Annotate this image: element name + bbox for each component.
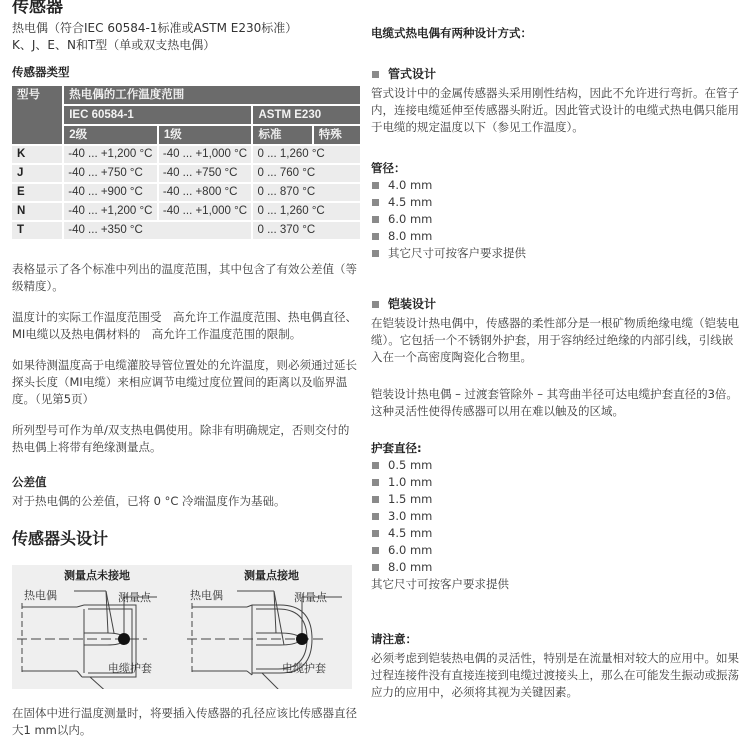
list-item-text: 4.5 mm <box>388 194 432 211</box>
list-item: 6.0 mm <box>371 542 743 559</box>
list-item-text: 3.0 mm <box>388 508 432 525</box>
list-item-text: 8.0 mm <box>388 559 432 576</box>
paragraph-single-dual: 所列型号可作为单/双支热电偶使用。除非有明确规定，否则交付的热电偶上将带有绝缘测… <box>12 422 358 456</box>
list-item-text: 1.0 mm <box>388 474 432 491</box>
bullet-square-icon <box>372 530 379 537</box>
cell-type: N <box>12 203 62 220</box>
header-range: 热电偶的工作温度范围 <box>64 86 360 104</box>
note-text: 必须考虑到铠装热电偶的灵活性，特别是在流量相对较大的应用中。如果过程连接件没有直… <box>371 650 743 701</box>
list-item: 1.5 mm <box>371 491 743 508</box>
list-item-text: 4.0 mm <box>388 177 432 194</box>
cell-class1: -40 ... +750 °C <box>159 165 252 182</box>
table-row: K -40 ... +1,200 °C -40 ... +1,000 °C 0 … <box>12 146 360 163</box>
cell-class2: -40 ... +1,200 °C <box>64 146 157 163</box>
header-special: 特殊 <box>314 126 360 144</box>
list-item: 8.0 mm <box>371 559 743 576</box>
header-iec: IEC 60584-1 <box>64 106 251 124</box>
list-item: 8.0 mm <box>371 228 743 245</box>
sensor-head-design-title: 传感器头设计 <box>12 528 358 550</box>
paragraph-operating-range: 温度计的实际工作温度范围受 高允许工作温度范围、热电偶直径、MI电缆以及热电偶材… <box>12 309 358 343</box>
header-class1: 1级 <box>159 126 252 144</box>
cell-class1: -40 ... +800 °C <box>159 184 252 201</box>
thermocouple-range-table: 型号 热电偶的工作温度范围 IEC 60584-1 ASTM E230 2级 1… <box>10 84 362 241</box>
bullet-square-icon <box>372 496 379 503</box>
sheathed-design-heading: 铠装设计 <box>371 296 743 313</box>
cell-standard: 0 ... 870 °C <box>253 184 360 201</box>
label-thermocouple-left: 热电偶 <box>24 587 57 604</box>
header-class2: 2级 <box>64 126 157 144</box>
tube-design-heading-text: 管式设计 <box>388 66 436 83</box>
tube-design-text: 管式设计中的金属传感器头采用刚性结构，因此不允许进行弯折。在管子内，连接电缆延伸… <box>371 85 743 136</box>
list-item-text: 6.0 mm <box>388 211 432 228</box>
cell-standard: 0 ... 1,260 °C <box>253 146 360 163</box>
table-row: T -40 ... +350 °C 0 ... 370 °C <box>12 222 360 239</box>
sheath-other-sizes: 其它尺寸可按客户要求提供 <box>371 576 743 593</box>
header-standard: 标准 <box>253 126 311 144</box>
cell-class2: -40 ... +750 °C <box>64 165 157 182</box>
list-item: 3.0 mm <box>371 508 743 525</box>
cell-class2: -40 ... +900 °C <box>64 184 157 201</box>
cell-standard: 0 ... 760 °C <box>253 165 360 182</box>
page-title: 传感器 <box>12 0 358 18</box>
list-item-text: 8.0 mm <box>388 228 432 245</box>
list-item-text: 6.0 mm <box>388 542 432 559</box>
list-item-text: 1.5 mm <box>388 491 432 508</box>
header-astm: ASTM E230 <box>253 106 360 124</box>
sensor-head-diagram: 测量点未接地 测量点接地 热电偶 测量点 电缆护套 热电偶 测量点 电缆护套 <box>12 565 352 689</box>
table-row: N -40 ... +1,200 °C -40 ... +1,000 °C 0 … <box>12 203 360 220</box>
sheathed-design-text-2: 铠装设计热电偶 – 过渡套管除外 – 其弯曲半径可达电缆护套直径的3倍。这种灵活… <box>371 386 743 420</box>
bullet-square-icon <box>372 71 379 78</box>
label-measuring-point-left: 测量点 <box>118 589 151 606</box>
table-row: E -40 ... +900 °C -40 ... +800 °C 0 ... … <box>12 184 360 201</box>
design-intro: 电缆式热电偶有两种设计方式： <box>371 25 743 42</box>
list-item: 4.0 mm <box>371 177 743 194</box>
cell-type: E <box>12 184 62 201</box>
list-item: 4.5 mm <box>371 525 743 542</box>
bullet-square-icon <box>372 564 379 571</box>
diagram-title-ungrounded: 测量点未接地 <box>64 567 130 584</box>
sensor-types-heading: 传感器类型 <box>12 64 358 81</box>
bullet-square-icon <box>372 199 379 206</box>
list-item: 其它尺寸可按客户要求提供 <box>371 245 743 262</box>
tube-design-heading: 管式设计 <box>371 66 743 83</box>
diagram-title-grounded: 测量点接地 <box>244 567 299 584</box>
sheath-diameter-list: 0.5 mm 1.0 mm 1.5 mm 3.0 mm 4.5 mm 6.0 m… <box>371 457 743 576</box>
cell-class2: -40 ... +1,200 °C <box>64 203 157 220</box>
list-item-text: 其它尺寸可按客户要求提供 <box>388 245 526 262</box>
bottom-note: 在固体中进行温度测量时，将要插入传感器的孔径应该比传感器直径大1 mm以内。 <box>12 705 358 739</box>
cell-class1: -40 ... +1,000 °C <box>159 203 252 220</box>
sheathed-design-heading-text: 铠装设计 <box>388 296 436 313</box>
bullet-square-icon <box>372 479 379 486</box>
tube-diameter-list: 4.0 mm 4.5 mm 6.0 mm 8.0 mm 其它尺寸可按客户要求提供 <box>371 177 743 262</box>
list-item: 0.5 mm <box>371 457 743 474</box>
subtitle-line-1: 热电偶（符合IEC 60584-1标准或ASTM E230标准） <box>12 20 358 37</box>
cell-class1: -40 ... +1,000 °C <box>159 146 252 163</box>
bullet-square-icon <box>372 462 379 469</box>
list-item: 6.0 mm <box>371 211 743 228</box>
bullet-square-icon <box>372 250 379 257</box>
right-column: 电缆式热电偶有两种设计方式： 管式设计 管式设计中的金属传感器头采用刚性结构，因… <box>371 0 743 701</box>
note-heading: 请注意： <box>371 631 743 648</box>
cell-class2: -40 ... +350 °C <box>64 222 251 239</box>
cell-type: K <box>12 146 62 163</box>
list-item: 4.5 mm <box>371 194 743 211</box>
cell-type: T <box>12 222 62 239</box>
cell-standard: 0 ... 370 °C <box>253 222 360 239</box>
list-item-text: 0.5 mm <box>388 457 432 474</box>
bullet-square-icon <box>372 182 379 189</box>
sheath-diameter-heading: 护套直径: <box>371 440 743 457</box>
bullet-square-icon <box>372 513 379 520</box>
left-column: 传感器 热电偶（符合IEC 60584-1标准或ASTM E230标准） K、J… <box>12 0 358 550</box>
sheathed-design-text-1: 在铠装设计热电偶中，传感器的柔性部分是一根矿物质绝缘电缆（铠装电缆）。它包括一个… <box>371 315 743 366</box>
bullet-square-icon <box>372 216 379 223</box>
cell-type: J <box>12 165 62 182</box>
paragraph-table-note: 表格显示了各个标准中列出的温度范围，其中包含了有效公差值（等级精度）。 <box>12 261 358 295</box>
paragraph-extension: 如果待测温度高于电缆灌胶导管位置处的允许温度，则必须通过延长探头长度（MI电缆）… <box>12 357 358 408</box>
label-cable-sheath-left: 电缆护套 <box>108 660 152 677</box>
bullet-square-icon <box>372 301 379 308</box>
header-type: 型号 <box>12 86 62 144</box>
table-row: J -40 ... +750 °C -40 ... +750 °C 0 ... … <box>12 165 360 182</box>
label-cable-sheath-right: 电缆护套 <box>282 660 326 677</box>
bullet-square-icon <box>372 547 379 554</box>
label-measuring-point-right: 测量点 <box>294 589 327 606</box>
list-item-text: 4.5 mm <box>388 525 432 542</box>
list-item: 1.0 mm <box>371 474 743 491</box>
tolerance-text: 对于热电偶的公差值，已将 0 °C 冷端温度作为基础。 <box>12 493 358 510</box>
subtitle-line-2: K、J、E、N和T型（单或双支热电偶） <box>12 37 358 54</box>
tolerance-heading: 公差值 <box>12 474 358 491</box>
label-thermocouple-right: 热电偶 <box>190 587 223 604</box>
cell-standard: 0 ... 1,260 °C <box>253 203 360 220</box>
tube-diameter-heading: 管径： <box>371 160 743 177</box>
bullet-square-icon <box>372 233 379 240</box>
